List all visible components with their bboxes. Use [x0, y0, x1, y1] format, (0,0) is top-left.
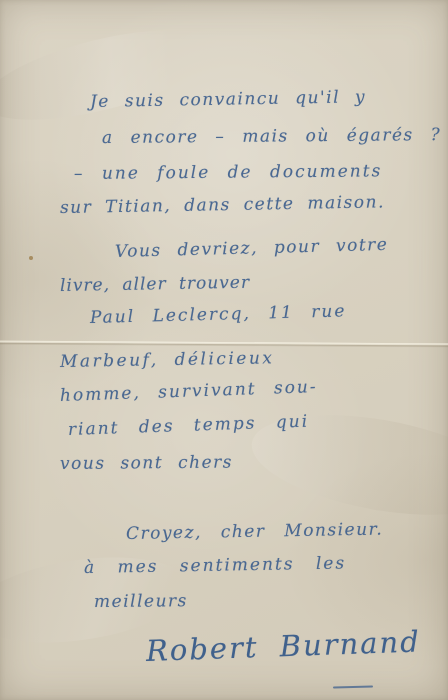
signature: Robert Burnand — [145, 624, 421, 668]
handwriting-line-8: Marbeuf, délicieux — [60, 348, 275, 372]
closing-line-3: meilleurs — [94, 591, 188, 612]
horizontal-fold-crease — [0, 341, 448, 348]
closing-line-1: Croyez, cher Monsieur. — [126, 520, 384, 544]
handwriting-line-6: livre, aller trouver — [60, 273, 250, 296]
handwriting-line-3: – une foule de documents — [74, 161, 382, 184]
handwriting-line-2: a encore – mais où égarés ? — [102, 125, 441, 148]
letter-paper: Je suis convaincu qu'il y a encore – mai… — [0, 0, 448, 700]
handwriting-line-11: vous sont chers — [60, 452, 233, 474]
paper-speck — [29, 256, 33, 260]
signature-underline-flourish — [333, 685, 373, 688]
handwriting-line-1: Je suis convaincu qu'il y — [90, 87, 366, 112]
handwriting-line-4: sur Titian, dans cette maison. — [60, 192, 385, 218]
handwriting-line-7: Paul Leclercq, 11 rue — [90, 301, 347, 328]
closing-line-2: à mes sentiments les — [84, 553, 346, 578]
handwriting-line-9: homme, survivant sou- — [60, 377, 318, 406]
paper-crumple-streak — [0, 12, 225, 138]
handwriting-line-10: riant des temps qui — [68, 412, 310, 440]
handwriting-line-5: Vous devriez, pour votre — [115, 235, 389, 262]
